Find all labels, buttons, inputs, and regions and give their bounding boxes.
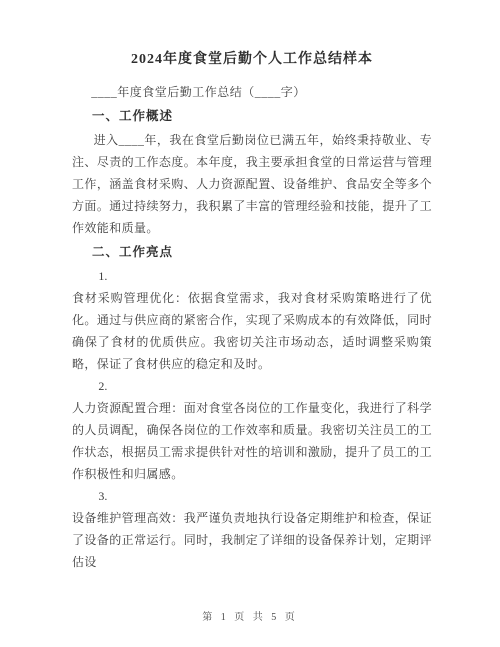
paragraph-item-1: 食材采购管理优化：依据食堂需求，我对食材采购策略进行了优化。通过与供应商的紧密合…: [72, 287, 432, 375]
list-item-number-2: 2.: [72, 375, 432, 397]
paragraph-item-3: 设备维护管理高效：我严谨负责地执行设备定期维护和检查，保证了设备的正常运行。同时…: [72, 507, 432, 573]
document-page: 2024年度食堂后勤个人工作总结样本 ____年度食堂后勤工作总结（____字）…: [0, 0, 500, 647]
document-subtitle: ____年度食堂后勤工作总结（____字）: [72, 81, 432, 103]
paragraph-overview: 进入____年，我在食堂后勤岗位已满五年，始终秉持敬业、专注、尽责的工作态度。本…: [72, 129, 432, 239]
list-item-number-1: 1.: [72, 265, 432, 287]
page-number-footer: 第 1 页 共 5 页: [0, 608, 500, 623]
paragraph-item-2: 人力资源配置合理：面对食堂各岗位的工作量变化，我进行了科学的人员调配，确保各岗位…: [72, 397, 432, 485]
section-heading-highlights: 二、工作亮点: [72, 239, 432, 265]
section-heading-overview: 一、工作概述: [72, 103, 432, 129]
document-title: 2024年度食堂后勤个人工作总结样本: [72, 48, 432, 72]
list-item-number-3: 3.: [72, 485, 432, 507]
document-content: 2024年度食堂后勤个人工作总结样本 ____年度食堂后勤工作总结（____字）…: [0, 0, 500, 573]
